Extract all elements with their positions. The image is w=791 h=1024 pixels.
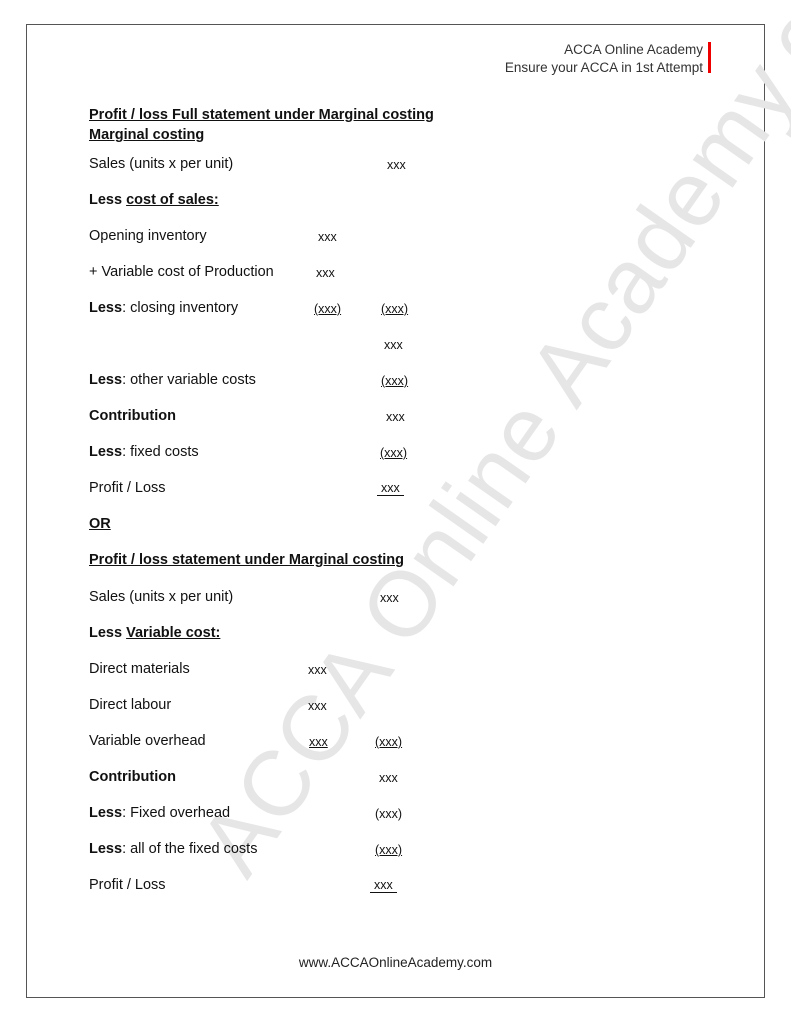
section2-title: Profit / loss statement under Marginal c… — [89, 552, 404, 568]
amount-variable-overhead-2: (xxx) — [375, 735, 402, 749]
amount-fixed-overhead: (xxx) — [375, 807, 402, 821]
row-all-fixed-costs: Less: all of the fixed costs — [89, 841, 257, 857]
amount-direct-labour: xxx — [308, 699, 327, 713]
amount-all-fixed-costs: (xxx) — [375, 843, 402, 857]
page-header: ACCA Online Academy Ensure your ACCA in … — [505, 41, 703, 77]
row-opening-inventory: Opening inventory — [89, 228, 207, 244]
header-accent-bar — [708, 42, 711, 73]
section1-title: Profit / loss Full statement under Margi… — [89, 107, 434, 123]
row-fixed-overhead: Less: Fixed overhead — [89, 805, 230, 821]
amount-fixed-costs: (xxx) — [380, 446, 407, 460]
amount-contribution: xxx — [386, 410, 405, 424]
amount-closing-inventory-2: (xxx) — [381, 302, 408, 316]
amount-variable-overhead-1: xxx — [309, 735, 328, 749]
amount-profit-loss: xxx — [377, 481, 404, 496]
row-contribution: Contribution — [89, 408, 176, 424]
row-sales-2: Sales (units x per unit) — [89, 589, 233, 605]
row-direct-labour: Direct labour — [89, 697, 171, 713]
header-academy-name: ACCA Online Academy — [505, 41, 703, 59]
amount-sales: xxx — [387, 158, 406, 172]
amount-closing-inventory-1: (xxx) — [314, 302, 341, 316]
amount-subtotal: xxx — [384, 338, 403, 352]
amount-direct-materials: xxx — [308, 663, 327, 677]
amount-other-variable-costs: (xxx) — [381, 374, 408, 388]
amount-opening-inventory: xxx — [318, 230, 337, 244]
amount-contribution-2: xxx — [379, 771, 398, 785]
header-tagline: Ensure your ACCA in 1st Attempt — [505, 59, 703, 77]
row-sales: Sales (units x per unit) — [89, 156, 233, 172]
row-profit-loss: Profit / Loss — [89, 480, 166, 496]
row-less-cost-of-sales: Less cost of sales: — [89, 192, 219, 208]
row-variable-cost-production: + Variable cost of Production — [89, 264, 274, 280]
section1-subtitle: Marginal costing — [89, 127, 204, 143]
amount-profit-loss-2: xxx — [370, 878, 397, 893]
row-closing-inventory: Less: closing inventory — [89, 300, 238, 316]
row-less-variable-cost: Less Variable cost: — [89, 625, 220, 641]
row-other-variable-costs: Less: other variable costs — [89, 372, 256, 388]
or-separator: OR — [89, 516, 111, 532]
row-contribution-2: Contribution — [89, 769, 176, 785]
amount-variable-cost-production: xxx — [316, 266, 335, 280]
row-fixed-costs: Less: fixed costs — [89, 444, 199, 460]
row-profit-loss-2: Profit / Loss — [89, 877, 166, 893]
row-variable-overhead: Variable overhead — [89, 733, 206, 749]
footer-website: www.ACCAOnlineAcademy.com — [0, 955, 791, 970]
amount-sales-2: xxx — [380, 591, 399, 605]
row-direct-materials: Direct materials — [89, 661, 190, 677]
